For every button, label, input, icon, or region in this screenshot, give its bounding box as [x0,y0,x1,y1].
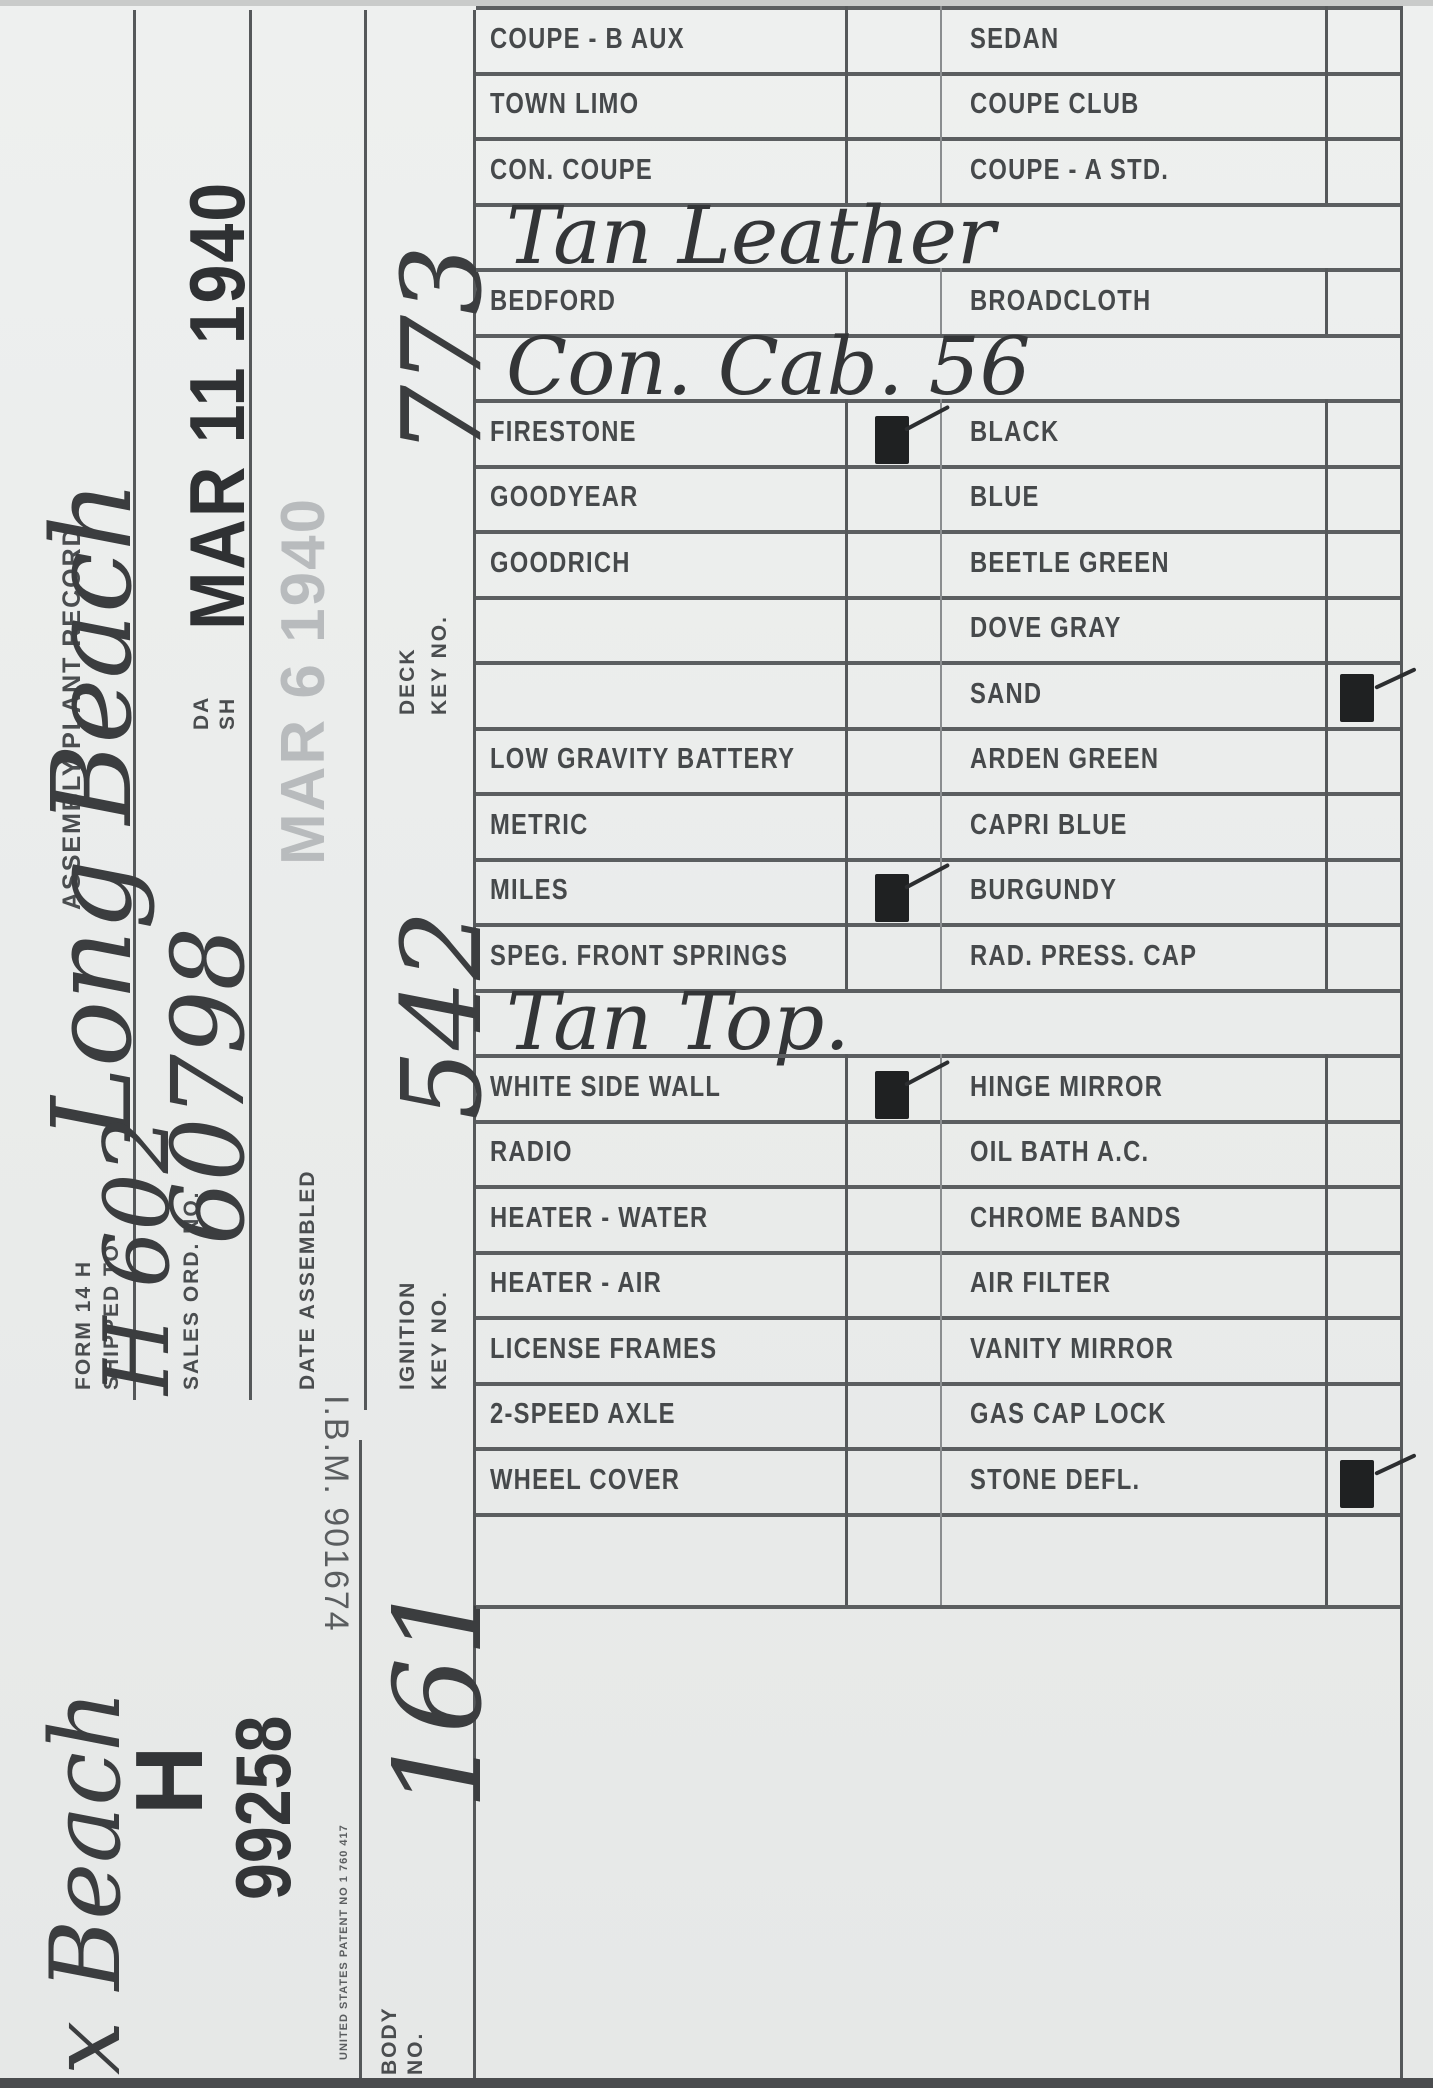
column-rule [940,661,942,727]
row-rule [476,858,1400,862]
row-rule [476,792,1400,796]
mark-column-rule [1325,268,1328,334]
column-rule [845,72,848,138]
column-rule [940,1382,942,1448]
selected-mark-icon [1340,1460,1374,1508]
option-label: BLUE [970,479,1040,515]
column-rule [940,923,942,989]
column-rule [845,530,848,596]
option-label: COUPE - B AUX [490,21,685,57]
column-rule [845,399,848,465]
column-rule [845,6,848,72]
patent-notice: UNITED STATES PATENT NO 1 760 417 [338,1824,350,2060]
mark-column-rule [1325,1447,1328,1513]
column-rule [845,1316,848,1382]
option-label: SAND [970,676,1042,712]
date-shipped-label-bottom: SH [216,697,240,730]
column-rule [940,1513,942,1605]
mark-column-rule [1325,1054,1328,1120]
selected-mark-icon [875,1071,909,1119]
body-no-value: 99258 [218,1716,309,1900]
column-rule [940,465,942,531]
mark-column-rule [1325,465,1328,531]
header-rule-body [359,1440,362,2080]
column-rule [845,1382,848,1448]
column-rule [845,1120,848,1186]
row-rule [476,1120,1400,1124]
column-rule [845,465,848,531]
row-rule [476,1054,1400,1058]
row-rule [476,727,1400,731]
column-rule [940,727,942,793]
row-rule [476,1513,1400,1517]
mark-column-rule [1325,399,1328,465]
row-rule [476,530,1400,534]
header-rule-3 [364,10,367,1410]
pen-tick-icon [1374,667,1416,690]
ignition-key-label-1: IGNITION [396,1281,420,1390]
row-rule [476,1605,1400,1609]
shipped-to-value: Long Beach [28,481,156,1140]
row-rule [476,1447,1400,1451]
option-label: WHITE SIDE WALL [490,1069,721,1105]
body-handwritten: 161 [370,1581,509,1810]
option-label: FIRESTONE [490,414,637,450]
mark-column-rule [1325,1513,1328,1605]
mark-column-rule [1325,1316,1328,1382]
ignition-key-value: 542 [378,910,506,1120]
selected-mark-icon [875,416,909,464]
date-shipped-stamp: MAR 11 1940 [172,181,263,630]
deck-key-label-2: KEY NO. [428,615,452,715]
deck-key-label-1: DECK [396,647,420,715]
mark-column-rule [1325,596,1328,662]
option-label: LOW GRAVITY BATTERY [490,741,795,777]
option-label: COUPE CLUB [970,86,1140,122]
column-rule [845,1251,848,1317]
date-assembled-label: DATE ASSEMBLED [296,1169,320,1390]
column-rule [845,661,848,727]
mark-column-rule [1325,1382,1328,1448]
row-rule [476,72,1400,76]
option-label: TOWN LIMO [490,86,639,122]
row-rule [476,923,1400,927]
column-rule [940,1185,942,1251]
option-label: AIR FILTER [970,1265,1111,1301]
option-label: DOVE GRAY [970,610,1122,646]
pen-tick-icon [1374,1453,1416,1476]
row-rule [476,268,1400,272]
option-label: BURGUNDY [970,872,1117,908]
column-rule [940,1447,942,1513]
date-assembled-stamp: MAR 6 1940 [268,497,339,865]
selected-mark-icon [1340,674,1374,722]
card-bottom-edge [0,2078,1433,2088]
option-label: 2-SPEED AXLE [490,1396,676,1432]
column-rule [940,1251,942,1317]
mark-column-rule [1325,72,1328,138]
deck-key-value: 773 [378,245,506,455]
row-rule [476,6,1400,10]
option-label: COUPE - A STD. [970,152,1169,188]
option-label: HEATER - AIR [490,1265,662,1301]
row-rule [476,661,1400,665]
mark-column-rule [1325,661,1328,727]
mark-column-rule [1325,792,1328,858]
option-label: HEATER - WATER [490,1200,708,1236]
table-right-rule [1400,6,1403,2078]
column-rule [940,72,942,138]
option-label: BEDFORD [490,283,616,319]
column-rule [845,1185,848,1251]
option-label: VANITY MIRROR [970,1331,1174,1367]
option-label: GAS CAP LOCK [970,1396,1167,1432]
option-label: CON. COUPE [490,152,653,188]
mark-column-rule [1325,137,1328,203]
option-label: BEETLE GREEN [970,545,1170,581]
body-series: H [115,1746,225,1815]
pen-tick-icon [904,863,950,890]
date-shipped-label-top: DA [190,696,214,730]
row-rule [476,1316,1400,1320]
mark-column-rule [1325,6,1328,72]
option-label: RAD. PRESS. CAP [970,938,1197,974]
column-rule [940,792,942,858]
option-label: CHROME BANDS [970,1200,1182,1236]
column-rule [845,1447,848,1513]
option-label: SPEG. FRONT SPRINGS [490,938,788,974]
mark-column-rule [1325,1120,1328,1186]
row-rule [476,1185,1400,1189]
ibm-number: I.B.M. 901674 [316,1395,355,1633]
option-label: GOODYEAR [490,479,639,515]
column-rule [845,727,848,793]
option-label: ARDEN GREEN [970,741,1159,777]
mark-column-rule [1325,858,1328,924]
option-label: BLACK [970,414,1059,450]
column-rule [940,1120,942,1186]
option-label: METRIC [490,807,589,843]
column-rule [940,6,942,72]
option-label: HINGE MIRROR [970,1069,1163,1105]
option-label: RADIO [490,1134,573,1170]
column-rule [940,596,942,662]
option-label: LICENSE FRAMES [490,1331,717,1367]
option-label: OIL BATH A.C. [970,1134,1149,1170]
row-rule [476,1251,1400,1255]
row-rule [476,1382,1400,1386]
mark-column-rule [1325,727,1328,793]
selected-mark-icon [875,874,909,922]
ignition-key-label-2: KEY NO. [428,1290,452,1390]
assembly-plant-record-card: ASSEMBLY PLANT RECORD FORM 14 H SHIPPED … [0,0,1433,2088]
option-label: WHEEL COVER [490,1462,680,1498]
option-label: CAPRI BLUE [970,807,1128,843]
row-rule [476,399,1400,403]
mark-column-rule [1325,530,1328,596]
body-no-label-2: NO. [404,2032,428,2075]
column-rule [845,1054,848,1120]
option-label: BROADCLOTH [970,283,1151,319]
option-label: STONE DEFL. [970,1462,1140,1498]
row-rule [476,137,1400,141]
option-label: SEDAN [970,21,1059,57]
column-rule [845,596,848,662]
mark-column-rule [1325,1251,1328,1317]
pen-tick-icon [904,1060,950,1087]
column-rule [845,1513,848,1605]
column-rule [845,858,848,924]
option-label: MILES [490,872,569,908]
column-rule [940,530,942,596]
body-no-label-1: BODY [378,2006,402,2075]
option-label: GOODRICH [490,545,631,581]
column-rule [940,1316,942,1382]
mark-column-rule [1325,1185,1328,1251]
mark-column-rule [1325,923,1328,989]
sales-ord-value: 60798 [150,927,267,1245]
row-rule [476,465,1400,469]
row-rule [476,596,1400,600]
column-rule [845,792,848,858]
